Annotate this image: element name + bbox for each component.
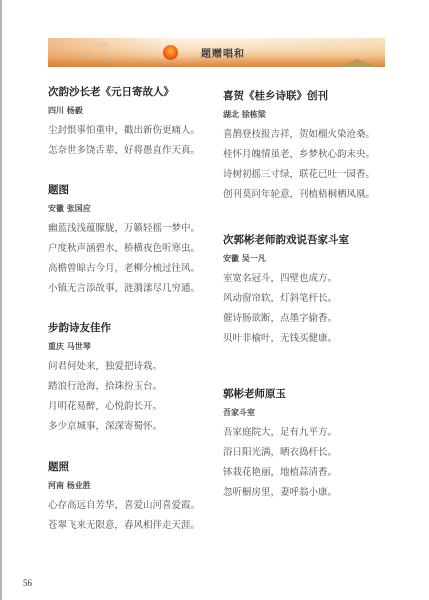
- poem-line: 室宽名冠斗，四壁也成方。: [223, 269, 349, 289]
- poem-lines: 吾家庭院大，足有九平方。 浴日阳光满，晒衣捣杆长。 钵栽花艳丽，地植蒜清香。 忽…: [223, 423, 337, 503]
- poem-line: 浴日阳光满，晒衣捣杆长。: [223, 443, 337, 463]
- poem-line: 诗树初摇三寸绿，联花已吐一园香。: [223, 165, 375, 185]
- poem: 步韵诗友佳作 重庆 马世琴 问君何处来，独爱把诗栽。 踏浪行沧海，拾珠扮玉台。 …: [48, 321, 162, 437]
- sun-icon: [163, 45, 178, 60]
- poem-title: 郭彬老师原玉: [223, 387, 337, 401]
- poem-line: 踏浪行沧海，拾珠扮玉台。: [48, 377, 162, 397]
- poem-title: 步韵诗友佳作: [48, 321, 162, 335]
- poem-line: 心存高远自芳华，喜爱山河喜爱霞。: [48, 496, 200, 516]
- poem-author: 四川 杨毅: [48, 105, 200, 115]
- crane-icon: 〰: [103, 54, 112, 63]
- poem-line: 小镇无言添故事，涟漪漾尽几穷通。: [48, 279, 200, 299]
- poem-title: 题图: [48, 183, 200, 197]
- poem-title: 次韵沙长老《元日寄故人》: [48, 85, 200, 99]
- poem-author: 吾家斗室: [223, 407, 337, 417]
- poem-title: 题照: [48, 460, 200, 474]
- poem-title: 喜贺《桂乡诗联》创刊: [223, 89, 375, 103]
- poem-line: 吾家庭院大，足有九平方。: [223, 423, 337, 443]
- mountain-icon: [337, 59, 377, 67]
- poem-line: 户度秋声涵碧水，桥横夜色听寒虫。: [48, 239, 200, 259]
- poem-line: 风动窗帘软，灯斜笔杆长。: [223, 289, 349, 309]
- poem-line: 钵栽花艳丽，地植蒜清香。: [223, 463, 337, 483]
- poem-line: 桂怀月魄情虽老，乡梦秋心韵未央。: [223, 145, 375, 165]
- poem-lines: 尘封恨事怕重申，戳出新伤更痛人。 怎奈世多饶舌辈，好将愚直作天真。: [48, 121, 200, 161]
- poem-line: 喜鹊登枝报吉祥，贺如榴火染沧桑。: [223, 125, 375, 145]
- poem-line: 幽蓝浅浅蕴朦胧，万籁轻摇一梦中。: [48, 219, 200, 239]
- section-banner: 〰 〰 〰 题赠唱和: [48, 38, 385, 67]
- crane-icon: 〰: [84, 53, 93, 62]
- poem-line: 月明花易醉，心悦韵长开。: [48, 397, 162, 417]
- banner-title: 题赠唱和: [201, 45, 245, 60]
- poem-line: 贝叶非榆叶，无钱买健康。: [223, 329, 349, 349]
- poem-lines: 问君何处来，独爱把诗栽。 踏浪行沧海，拾珠扮玉台。 月明花易醉，心悦韵长开。 多…: [48, 357, 162, 437]
- poem-line: 高檐曾晾古今月，老柳分梳过往风。: [48, 259, 200, 279]
- page-edge: [0, 0, 2, 600]
- crane-icon: 〰: [98, 42, 107, 51]
- poem-line: 催诗肠欲断，点墨字偷香。: [223, 309, 349, 329]
- poem-line: 多少京城事，深深寄蜀怀。: [48, 417, 162, 437]
- poem-line: 苍翠飞来无限意，春风相伴走天涯。: [48, 516, 200, 536]
- poem-author: 安徽 吴一凡: [223, 253, 349, 263]
- poem-lines: 室宽名冠斗，四壁也成方。 风动窗帘软，灯斜笔杆长。 催诗肠欲断，点墨字偷香。 贝…: [223, 269, 349, 349]
- poem-line: 忽听橱房里，妻呼翁小康。: [223, 483, 337, 503]
- poem-lines: 心存高远自芳华，喜爱山河喜爱霞。 苍翠飞来无限意，春风相伴走天涯。: [48, 496, 200, 536]
- poem: 次郭彬老师韵戏说吾家斗室 安徽 吴一凡 室宽名冠斗，四壁也成方。 风动窗帘软，灯…: [223, 233, 349, 349]
- poem-title: 次郭彬老师韵戏说吾家斗室: [223, 233, 349, 247]
- poem-line: 怎奈世多饶舌辈，好将愚直作天真。: [48, 141, 200, 161]
- poem-author: 安徽 张国应: [48, 203, 200, 213]
- poem-line: 尘封恨事怕重申，戳出新伤更痛人。: [48, 121, 200, 141]
- poem: 题图 安徽 张国应 幽蓝浅浅蕴朦胧，万籁轻摇一梦中。 户度秋声涵碧水，桥横夜色听…: [48, 183, 200, 299]
- poem: 喜贺《桂乡诗联》创刊 湖北 徐栋梁 喜鹊登枝报吉祥，贺如榴火染沧桑。 桂怀月魄情…: [223, 89, 375, 205]
- poem-line: 问君何处来，独爱把诗栽。: [48, 357, 162, 377]
- poem-lines: 喜鹊登枝报吉祥，贺如榴火染沧桑。 桂怀月魄情虽老，乡梦秋心韵未央。 诗树初摇三寸…: [223, 125, 375, 205]
- poem: 次韵沙长老《元日寄故人》 四川 杨毅 尘封恨事怕重申，戳出新伤更痛人。 怎奈世多…: [48, 85, 200, 161]
- page-number: 56: [23, 578, 32, 588]
- poem-lines: 幽蓝浅浅蕴朦胧，万籁轻摇一梦中。 户度秋声涵碧水，桥横夜色听寒虫。 高檐曾晾古今…: [48, 219, 200, 299]
- poem: 郭彬老师原玉 吾家斗室 吾家庭院大，足有九平方。 浴日阳光满，晒衣捣杆长。 钵栽…: [223, 387, 337, 503]
- poem-author: 重庆 马世琴: [48, 341, 162, 351]
- poem-line: 创刊莫问年轮意，刊植梧桐栖凤凰。: [223, 185, 375, 205]
- poem: 题照 河南 杨业胜 心存高远自芳华，喜爱山河喜爱霞。 苍翠飞来无限意，春风相伴走…: [48, 460, 200, 536]
- poem-author: 湖北 徐栋梁: [223, 109, 375, 119]
- poem-author: 河南 杨业胜: [48, 480, 200, 490]
